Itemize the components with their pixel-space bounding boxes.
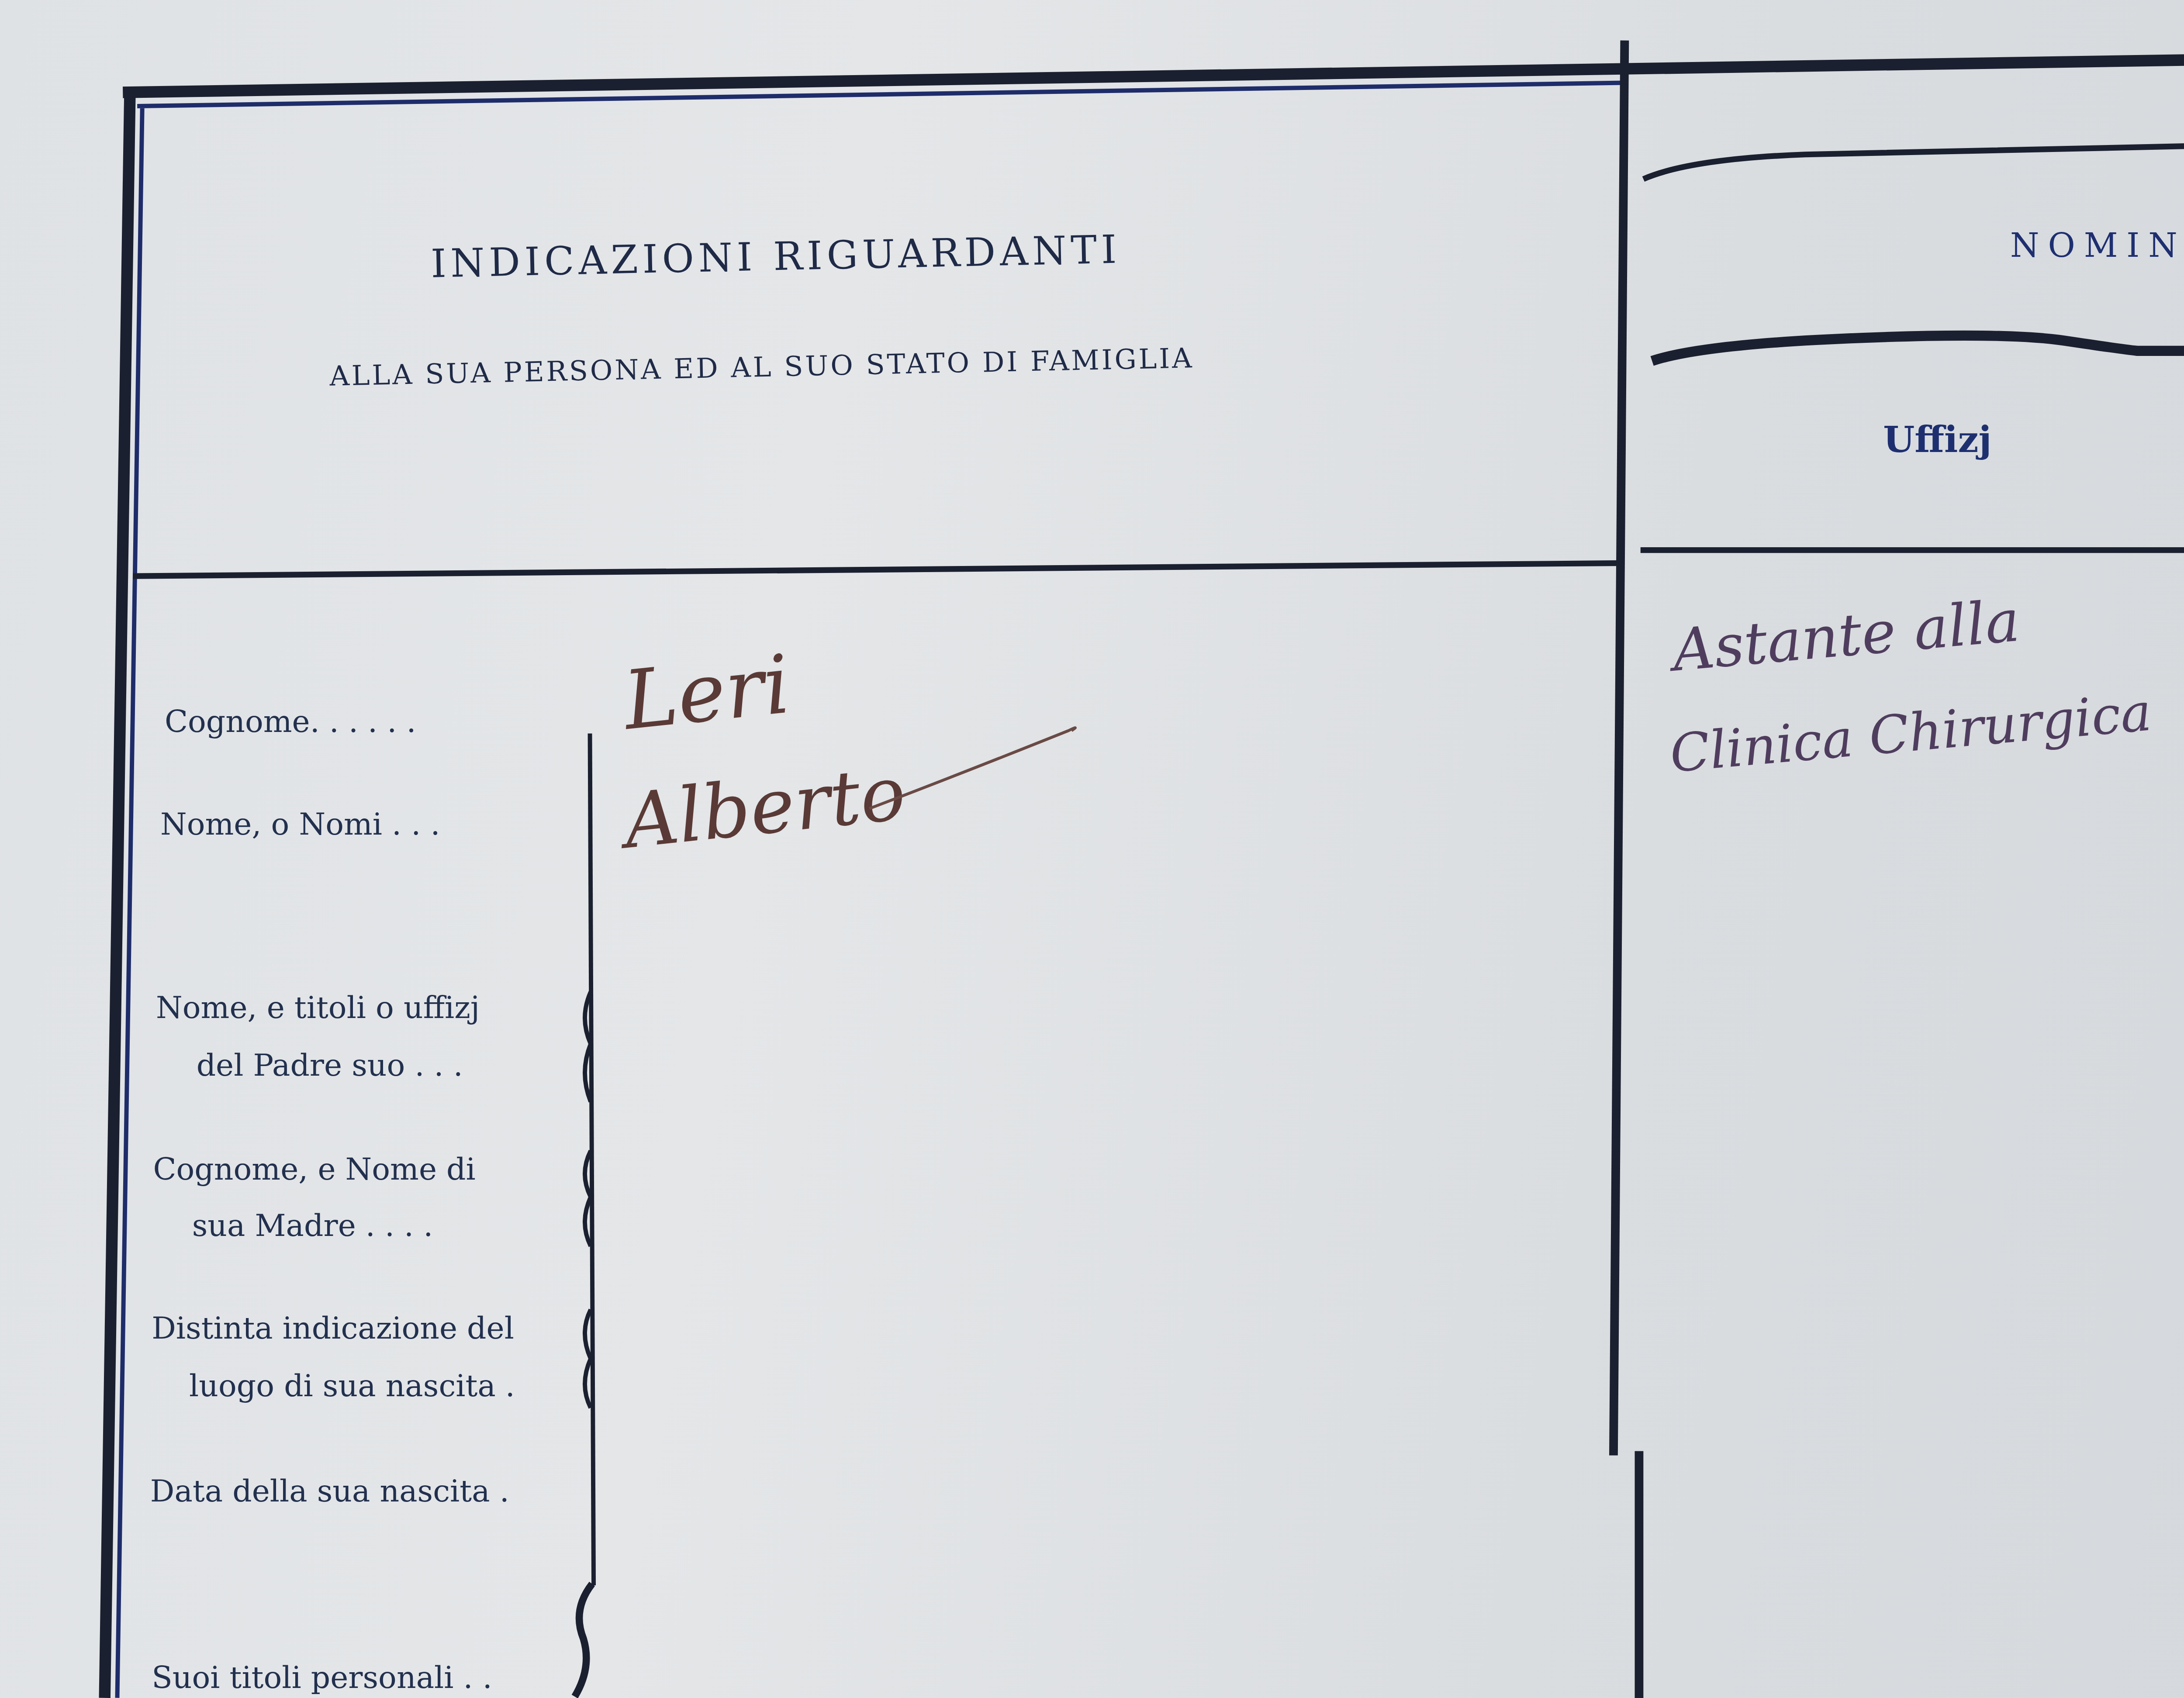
field-label-padre-line2: del Padre suo . . . [197, 1048, 463, 1083]
section-divider [1609, 41, 1629, 1456]
field-label-luogo-line2: luogo di sua nascita . [189, 1369, 515, 1403]
field-label-madre-line2: sua Madre . . . . [192, 1208, 433, 1243]
field-label-cognome: Cognome. . . . . . [165, 704, 416, 739]
field-label-titoli: Suoi titoli personali . . [152, 1660, 492, 1695]
field-label-nome: Nome, o Nomi . . . [160, 807, 440, 842]
field-label-data-nascita: Data della sua nascita . [150, 1474, 509, 1509]
brace-madre-icon [574, 1148, 605, 1249]
right-section-title: NOMINA [2010, 228, 2184, 266]
field-label-madre-line1: Cognome, e Nome di [153, 1152, 475, 1187]
left-section-subtitle: ALLA SUA PERSONA ED AL SUO STATO DI FAMI… [329, 343, 1194, 393]
left-section-title: INDICAZIONI RIGUARDANTI [430, 228, 1121, 287]
section-divider-lower [1635, 1451, 1644, 1698]
nomina-entry-line2: Clinica Chirurgica [1668, 683, 2154, 784]
field-value-cognome: Leri [619, 638, 795, 749]
nome-flourish [867, 719, 1083, 820]
brace-nascita-icon [574, 1307, 605, 1411]
nomina-entry-line1: Astante alla [1670, 589, 2022, 685]
field-label-luogo-line1: Distinta indicazione del [152, 1311, 514, 1346]
brace-padre-icon [574, 989, 605, 1104]
brace-titoli-icon [563, 1581, 606, 1698]
left-header-rule [133, 560, 1623, 579]
document-page: INDICAZIONI RIGUARDANTI ALLA SUA PERSONA… [0, 0, 2184, 1698]
right-header-rule [1641, 547, 2184, 553]
uffizj-column-header: Uffizj [1883, 419, 1991, 461]
field-label-padre-line1: Nome, e titoli o uffizj [156, 990, 480, 1025]
